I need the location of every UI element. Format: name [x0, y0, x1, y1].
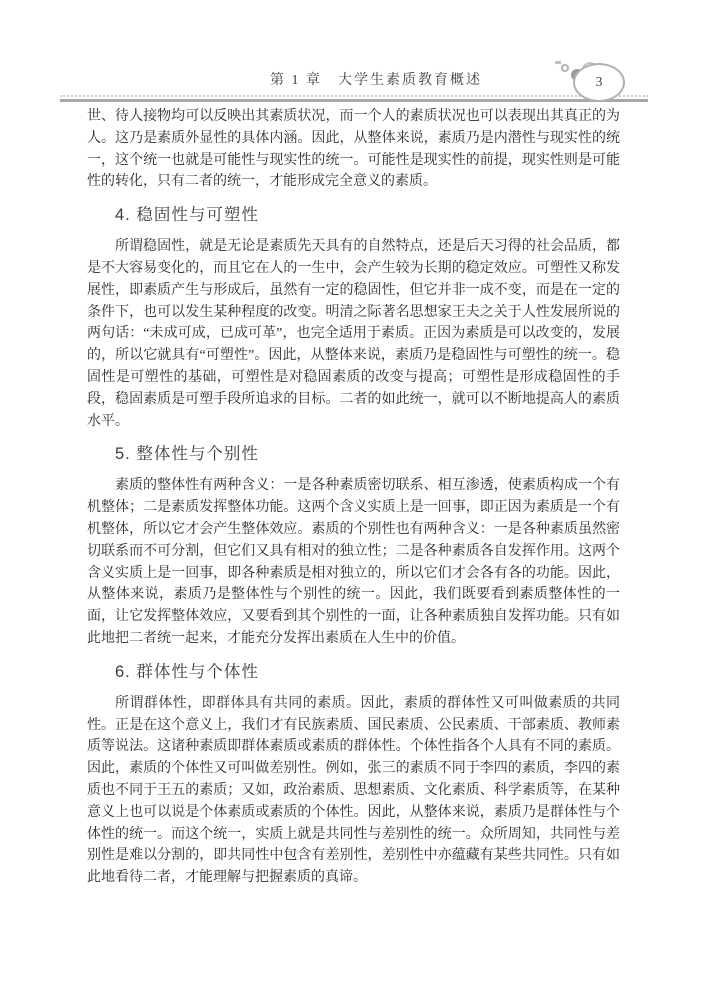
body-paragraph: 所谓稳固性，就是无论是素质先天具有的自然特点，还是后天习得的社会品质，都是不大容… — [87, 236, 620, 432]
body-paragraph: 所谓群体性，即群体具有共同的素质。因此，素质的群体性又可叫做素质的共同性。正是在… — [87, 693, 620, 889]
decoration-dash — [555, 61, 561, 65]
section-heading-5: 5. 整体性与个别性 — [115, 443, 620, 465]
body-paragraph: 素质的整体性有两种含义：一是各种素质密切联系、相互渗透，使素质构成一个有机整体；… — [87, 475, 620, 649]
header-rule-dotted — [60, 95, 648, 97]
page-number: 3 — [596, 75, 603, 91]
page-content: 世、待人接物均可以反映出其素质状况，而一个人的素质状况也可以表现出其真正的为人。… — [87, 106, 620, 889]
page-number-bubble: 3 — [573, 63, 625, 102]
body-paragraph-continuation: 世、待人接物均可以反映出其素质状况，而一个人的素质状况也可以表现出其真正的为人。… — [87, 106, 620, 193]
book-page: 第 1 章 大学生素质教育概述 3 世、待人接物均可以反映出其素质状况，而一个人… — [0, 0, 706, 982]
header-rule — [60, 99, 648, 102]
section-heading-6: 6. 群体性与个体性 — [115, 661, 620, 683]
section-heading-4: 4. 稳固性与可塑性 — [115, 204, 620, 226]
decoration-circle-small-icon — [561, 64, 569, 72]
